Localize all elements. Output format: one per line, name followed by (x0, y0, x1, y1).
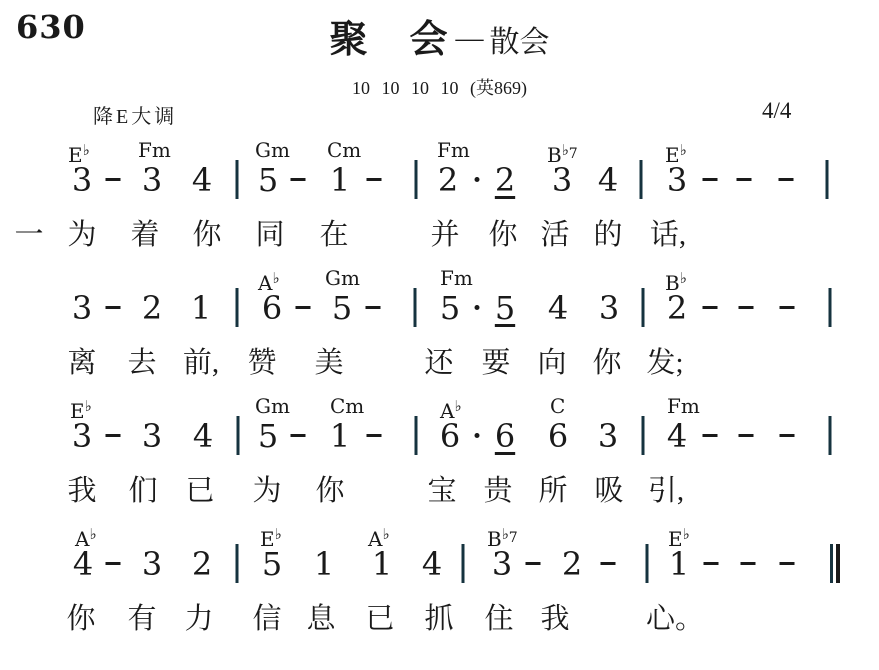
sustain-dash (291, 434, 306, 437)
lyric-syllable: 已 (365, 599, 394, 639)
lyric-syllable: 吸 (594, 471, 623, 511)
lyric-syllable: 已 (185, 471, 214, 511)
flat-sign: ♭ (89, 525, 96, 543)
note-digit: 5 (332, 289, 352, 327)
note-digit: 2 (495, 161, 515, 199)
sustain-dash (704, 562, 719, 565)
lyric-syllable: 我 (540, 599, 569, 639)
sustain-dash (737, 178, 752, 181)
lyric-syllable: 去 (127, 343, 156, 383)
system-3: E♭GmCmA♭CFm3345166634我们已为你宝贵所吸引, (0, 395, 879, 523)
note-digit: 2 (192, 545, 212, 583)
barline (236, 544, 239, 583)
note-digit: 1 (314, 545, 334, 583)
note-digit: 4 (667, 417, 687, 455)
flat-sign: ♭ (275, 525, 282, 543)
key-signature: 降E大调 (93, 100, 177, 129)
sustain-dash (106, 178, 121, 181)
lyric-syllable: 要 (481, 343, 510, 383)
chord-label: Gm (325, 267, 360, 289)
chord-label: Fm (437, 139, 470, 161)
time-signature: 4/4 (762, 98, 791, 124)
note-digit: 2 (142, 289, 162, 327)
note-digit: 4 (422, 545, 442, 583)
lyric-syllable: 为 (252, 471, 281, 511)
lyric-syllable: 美 (314, 343, 343, 383)
note-digit: 5 (440, 289, 460, 327)
lyric-syllable: 所 (538, 471, 567, 511)
lyric-syllable: 你 (592, 343, 621, 383)
lyric-syllable: 抓 (424, 599, 453, 639)
note-digit: 3 (492, 545, 512, 583)
lyric-syllable: 信 (252, 599, 281, 639)
chord-label: Gm (255, 139, 290, 161)
note-digit: 6 (548, 417, 568, 455)
lyric-syllable: 你 (66, 599, 95, 639)
sustain-dash (703, 306, 718, 309)
barline (829, 288, 832, 327)
lyric-syllable: 心。 (646, 599, 704, 639)
note-digit: 6 (262, 289, 282, 327)
sustain-dash (780, 306, 795, 309)
title-subtitle: 散会 (490, 26, 550, 59)
sustain-dash (366, 306, 381, 309)
note-digit: 3 (72, 289, 92, 327)
sustain-dash (526, 562, 541, 565)
lyric-syllable: 前, (183, 343, 219, 383)
note-digit: 4 (73, 545, 93, 583)
note-digit: 3 (598, 417, 618, 455)
sustain-dash (367, 434, 382, 437)
lyric-syllable: 在 (319, 215, 348, 255)
barline (236, 288, 239, 327)
note-digit: 3 (72, 161, 92, 199)
lyric-syllable: 为 (67, 215, 96, 255)
flat-sign: ♭ (454, 397, 461, 415)
lyric-syllable: 还 (424, 343, 453, 383)
note-digit: 6 (440, 417, 460, 455)
barline (826, 160, 829, 199)
flat-sign: ♭ (502, 525, 509, 543)
seventh: 7 (569, 146, 578, 162)
note-digit: 5 (258, 417, 278, 455)
sustain-dash (741, 562, 756, 565)
sustain-dash (106, 306, 121, 309)
lyric-syllable: 你 (192, 215, 221, 255)
note-digit: 1 (372, 545, 392, 583)
flat-sign: ♭ (680, 141, 687, 159)
verse-number: 一 (14, 215, 43, 255)
note-digit: 1 (669, 545, 689, 583)
barline (829, 416, 832, 455)
sustain-dash (106, 562, 121, 565)
barline (415, 160, 418, 199)
lyric-syllable: 赞 (247, 343, 276, 383)
barline (646, 544, 649, 583)
note-digit: 4 (192, 161, 212, 199)
note-digit: 3 (142, 545, 162, 583)
final-barline (830, 544, 840, 583)
note-digit: 1 (191, 289, 211, 327)
note-digit: 1 (330, 161, 350, 199)
flat-sign: ♭ (85, 397, 92, 415)
flat-sign: ♭ (83, 141, 90, 159)
title: 聚 会—散会 (0, 16, 879, 71)
lyric-syllable: 息 (306, 599, 335, 639)
barline (642, 416, 645, 455)
lyric-syllable: 话, (650, 215, 686, 255)
lyric-syllable: 住 (484, 599, 513, 639)
note-digit: 3 (667, 161, 687, 199)
chord-label: Cm (330, 395, 364, 417)
flat-sign: ♭ (683, 525, 690, 543)
note-digit: 5 (495, 289, 515, 327)
lyric-syllable: 着 (130, 215, 159, 255)
sustain-dash (601, 562, 616, 565)
sustain-dash (291, 178, 306, 181)
note-digit: 3 (599, 289, 619, 327)
barline (236, 160, 239, 199)
flat-sign: ♭ (382, 525, 389, 543)
system-2: A♭GmFmB♭3216555432离去前,赞美还要向你发; (0, 267, 879, 395)
chord-label: Fm (667, 395, 700, 417)
note-digit: 3 (142, 417, 162, 455)
chord-label: Fm (440, 267, 473, 289)
note-digit: 5 (262, 545, 282, 583)
lyric-syllable: 同 (255, 215, 284, 255)
lyric-syllable: 离 (67, 343, 96, 383)
lyric-syllable: 你 (488, 215, 517, 255)
sustain-dash (739, 306, 754, 309)
system-4: A♭E♭A♭B♭7E♭4325114321你有力信息已抓住我心。 (0, 523, 879, 651)
note-digit: 3 (142, 161, 162, 199)
chord-label: C (550, 395, 565, 417)
flat-sign: ♭ (562, 141, 569, 159)
sustain-dash (703, 434, 718, 437)
system-1: E♭FmGmCmFmB♭7E♭3345122343一为着你同在并你活的话, (0, 139, 879, 267)
barline (642, 288, 645, 327)
lyric-syllable: 的 (593, 215, 622, 255)
barline (414, 288, 417, 327)
note-digit: 2 (667, 289, 687, 327)
lyric-syllable: 你 (315, 471, 344, 511)
chord-label: Gm (255, 395, 290, 417)
chord-label: Cm (327, 139, 361, 161)
meter-line: 10 10 10 10 (英869) (0, 74, 879, 100)
chord-label: Fm (138, 139, 171, 161)
sustain-dash (780, 562, 795, 565)
sustain-dash (703, 178, 718, 181)
lyric-syllable: 我 (67, 471, 96, 511)
hymn-page: 630 聚 会—散会 10 10 10 10 (英869) 降E大调 4/4 E… (0, 0, 879, 670)
lyric-syllable: 们 (128, 471, 157, 511)
sustain-dash (296, 306, 311, 309)
lyric-syllable: 力 (184, 599, 213, 639)
barline (237, 416, 240, 455)
seventh: 7 (509, 530, 518, 546)
augmentation-dot (475, 305, 480, 310)
flat-sign: ♭ (272, 269, 279, 287)
flat-sign: ♭ (680, 269, 687, 287)
note-digit: 1 (330, 417, 350, 455)
barline (415, 416, 418, 455)
note-digit: 5 (258, 161, 278, 199)
title-dash: — (456, 23, 484, 54)
lyric-syllable: 有 (127, 599, 156, 639)
barline (462, 544, 465, 583)
lyric-syllable: 引, (648, 471, 684, 511)
lyric-syllable: 活 (540, 215, 569, 255)
title-main: 聚 会 (329, 19, 449, 61)
note-digit: 2 (438, 161, 458, 199)
note-digit: 2 (562, 545, 582, 583)
note-digit: 4 (193, 417, 213, 455)
note-digit: 3 (72, 417, 92, 455)
lyric-syllable: 宝 (427, 471, 456, 511)
lyric-syllable: 并 (430, 215, 459, 255)
lyric-syllable: 向 (537, 343, 566, 383)
sustain-dash (367, 178, 382, 181)
sustain-dash (779, 178, 794, 181)
sustain-dash (780, 434, 795, 437)
note-digit: 4 (598, 161, 618, 199)
lyric-syllable: 发; (646, 343, 683, 383)
barline (640, 160, 643, 199)
augmentation-dot (475, 177, 480, 182)
note-digit: 6 (495, 417, 515, 455)
lyric-syllable: 贵 (483, 471, 512, 511)
sustain-dash (106, 434, 121, 437)
note-digit: 3 (552, 161, 572, 199)
augmentation-dot (475, 433, 480, 438)
note-digit: 4 (548, 289, 568, 327)
sustain-dash (739, 434, 754, 437)
